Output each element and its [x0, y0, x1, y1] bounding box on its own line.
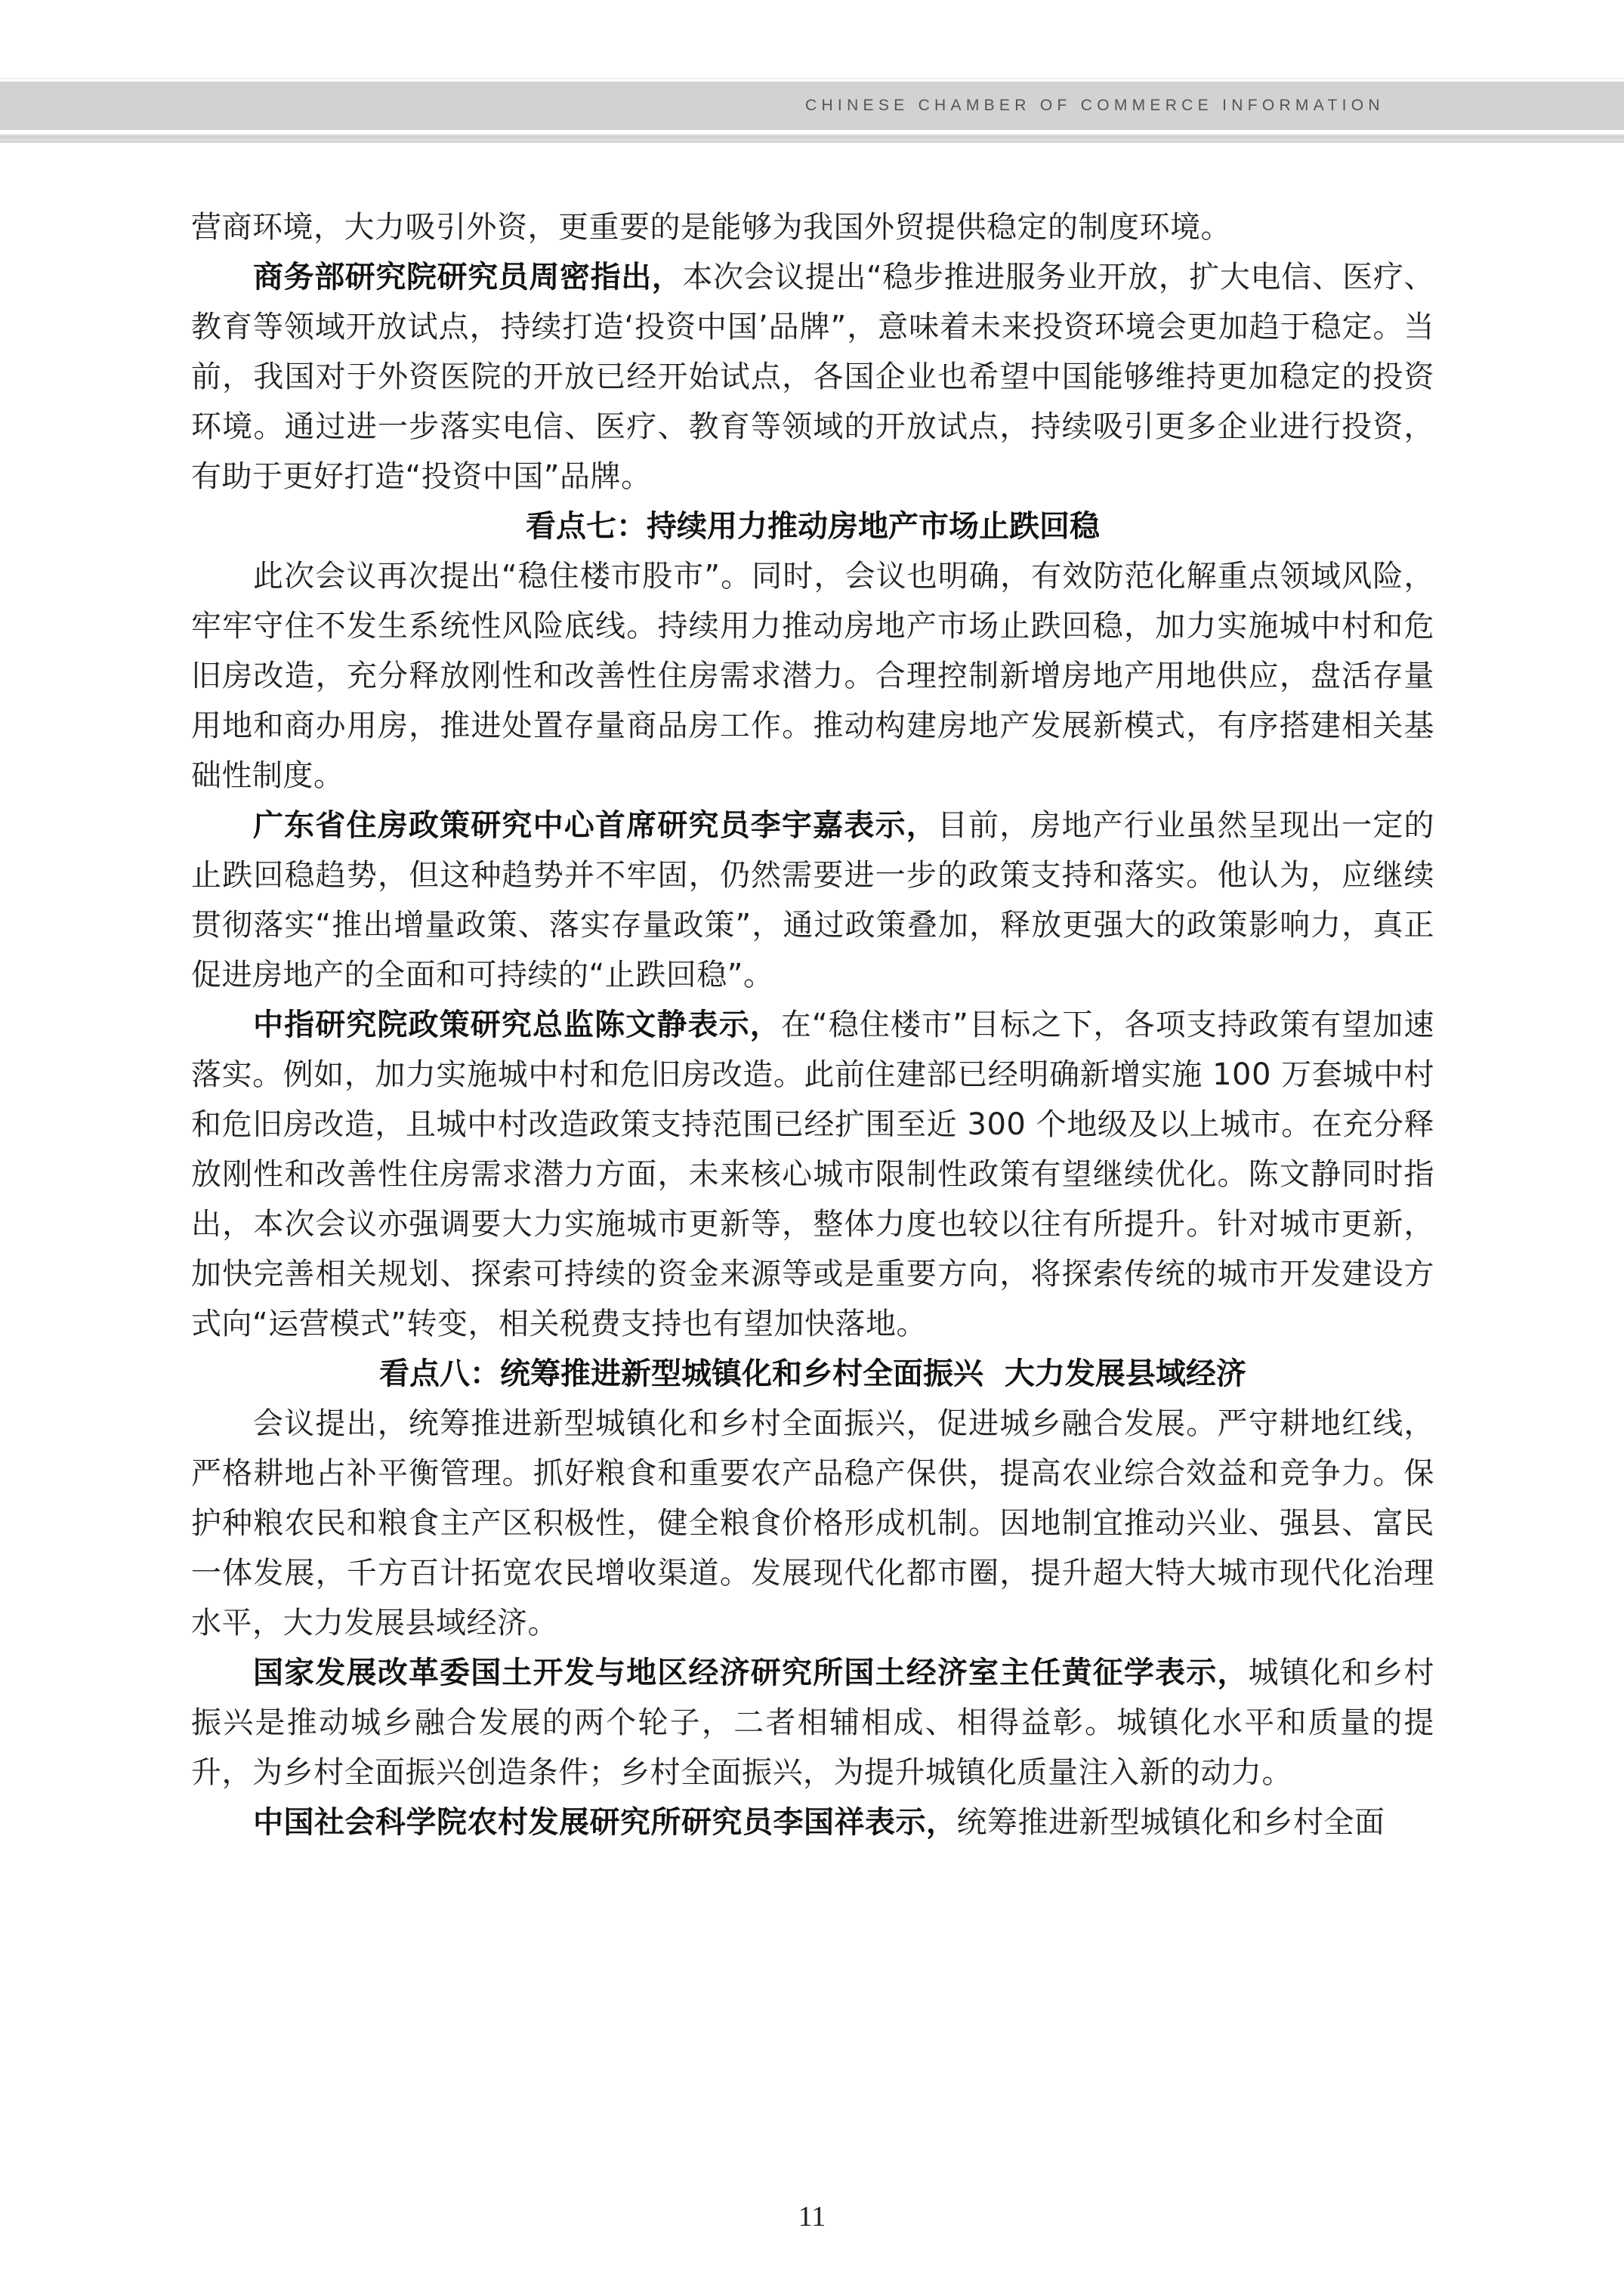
section-heading-8: 看点八：统筹推进新型城镇化和乡村全面振兴 大力发展县域经济	[191, 1349, 1434, 1399]
page-number: 11	[0, 2200, 1624, 2233]
speaker-lead: 中国社会科学院农村发展研究所研究员李国祥表示，	[253, 1805, 957, 1840]
paragraph-text: 此次会议再次提出“稳住楼市股市”。同时，会议也明确，有效防范化解重点领域风险，牢…	[191, 559, 1434, 793]
paragraph-li-yujia: 广东省住房政策研究中心首席研究员李宇嘉表示，目前，房地产行业虽然呈现出一定的止跌…	[191, 801, 1434, 1000]
paragraph-text: 统筹推进新型城镇化和乡村全面	[957, 1805, 1385, 1840]
paragraph-chen-wenjing: 中指研究院政策研究总监陈文静表示，在“稳住楼市”目标之下，各项支持政策有望加速落…	[191, 1000, 1434, 1349]
paragraph-text: 营商环境，大力吸引外资，更重要的是能够为我国外贸提供稳定的制度环境。	[191, 210, 1231, 245]
paragraph-section8-intro: 会议提出，统筹推进新型城镇化和乡村全面振兴，促进城乡融合发展。严守耕地红线，严格…	[191, 1399, 1434, 1648]
paragraph-zhou-mi: 商务部研究院研究员周密指出，本次会议提出“稳步推进服务业开放，扩大电信、医疗、教…	[191, 252, 1434, 501]
paragraph-li-guoxiang: 中国社会科学院农村发展研究所研究员李国祥表示，统筹推进新型城镇化和乡村全面	[191, 1798, 1434, 1847]
header-divider-stripe	[0, 134, 1624, 143]
section-heading-7: 看点七：持续用力推动房地产市场止跌回稳	[191, 501, 1434, 551]
paragraph-text: 会议提出，统筹推进新型城镇化和乡村全面振兴，促进城乡融合发展。严守耕地红线，严格…	[191, 1406, 1434, 1640]
paragraph-text: 在“稳住楼市”目标之下，各项支持政策有望加速落实。例如，加力实施城中村和危旧房改…	[191, 1008, 1434, 1341]
paragraph-section7-intro: 此次会议再次提出“稳住楼市股市”。同时，会议也明确，有效防范化解重点领域风险，牢…	[191, 551, 1434, 801]
speaker-lead: 广东省住房政策研究中心首席研究员李宇嘉表示，	[253, 808, 937, 843]
paragraph-text: 本次会议提出“稳步推进服务业开放，扩大电信、医疗、教育等领域开放试点，持续打造‘…	[191, 260, 1434, 494]
header-top-rule	[0, 78, 1624, 79]
paragraph-continued: 营商环境，大力吸引外资，更重要的是能够为我国外贸提供稳定的制度环境。	[191, 202, 1434, 252]
running-header-title: CHINESE CHAMBER OF COMMERCE INFORMATION	[805, 97, 1385, 115]
speaker-lead: 中指研究院政策研究总监陈文静表示，	[253, 1008, 781, 1042]
paragraph-huang-zhengxue: 国家发展改革委国土开发与地区经济研究所国土经济室主任黄征学表示，城镇化和乡村振兴…	[191, 1648, 1434, 1798]
speaker-lead: 商务部研究院研究员周密指出，	[253, 260, 682, 295]
speaker-lead: 国家发展改革委国土开发与地区经济研究所国土经济室主任黄征学表示，	[253, 1656, 1249, 1690]
article-body: 营商环境，大力吸引外资，更重要的是能够为我国外贸提供稳定的制度环境。 商务部研究…	[191, 202, 1434, 1847]
